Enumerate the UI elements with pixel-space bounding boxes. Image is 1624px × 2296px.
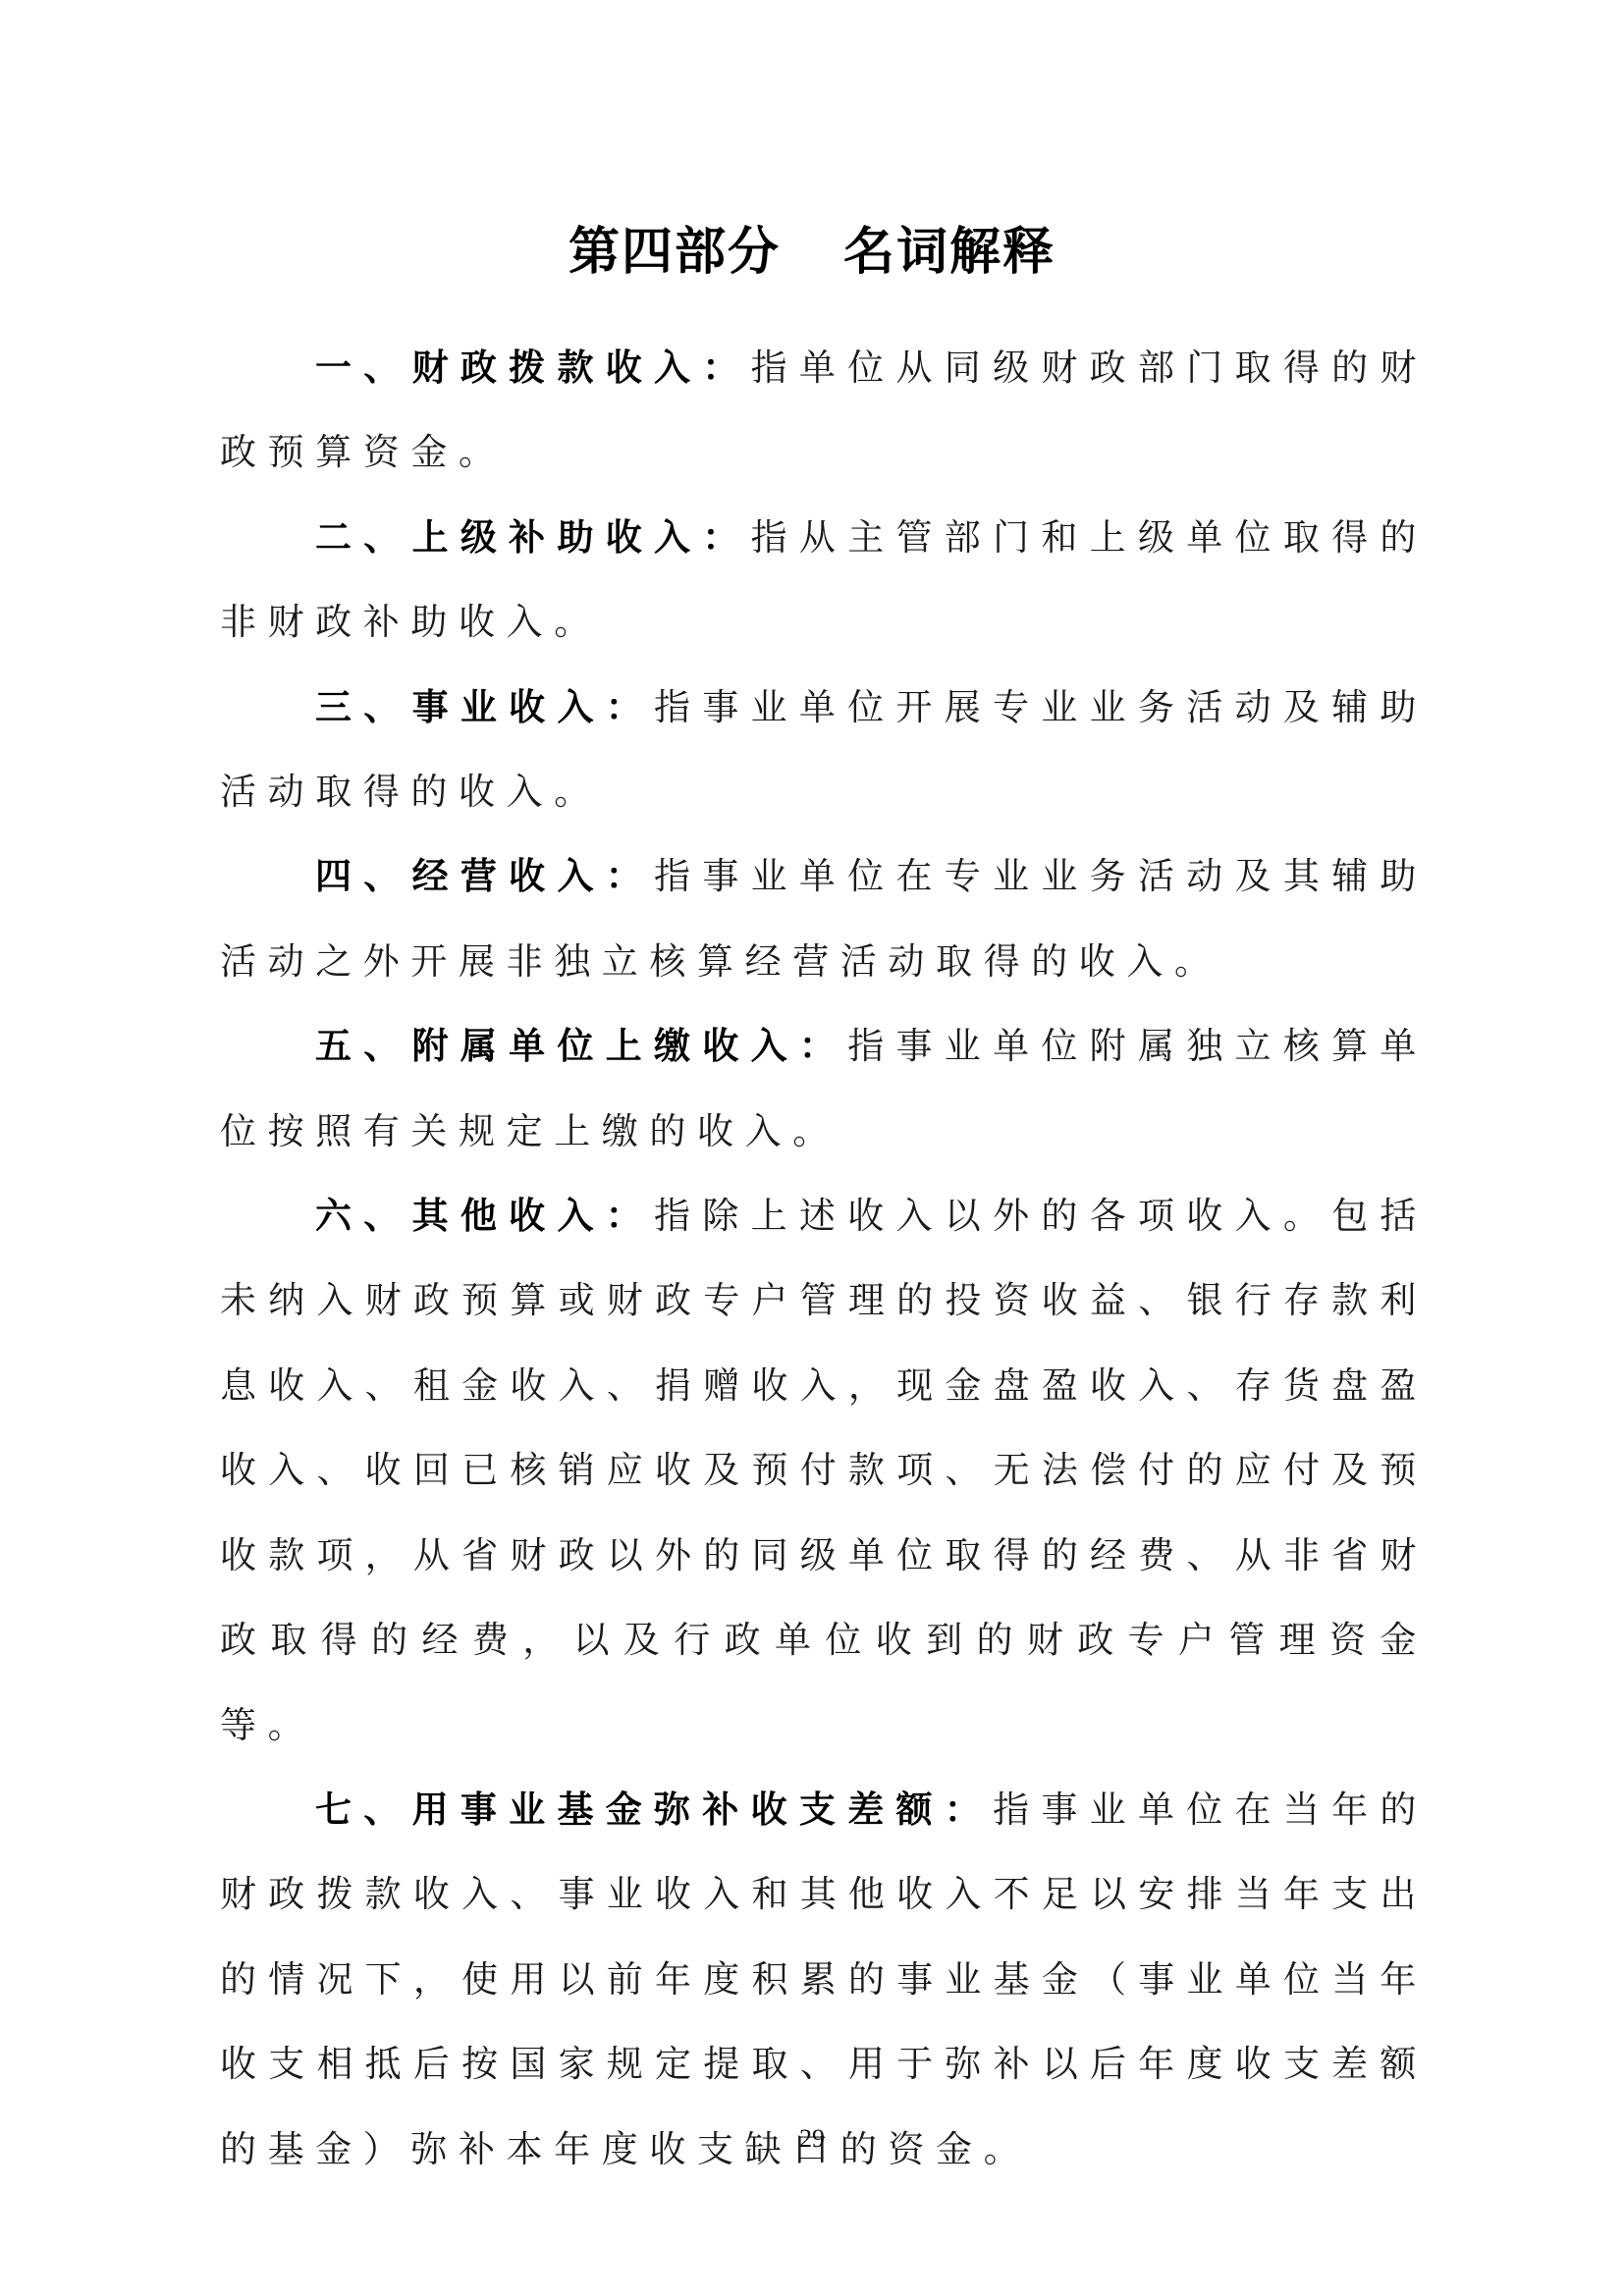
glossary-item-2: 二、上级补助收入：指从主管部门和上级单位取得的非财政补助收入。 xyxy=(220,496,1428,666)
title-heading: 名词解释 xyxy=(843,223,1056,282)
term-label: 五、附属单位上缴收入： xyxy=(315,1025,847,1067)
term-definition: 指除上述收入以外的各项收入。包括未纳入财政预算或财政专户管理的投资收益、银行存款… xyxy=(220,1195,1428,1745)
glossary-body: 一、财政拨款收入：指单位从同级财政部门取得的财政预算资金。 二、上级补助收入：指… xyxy=(220,326,1428,2192)
glossary-item-3: 三、事业收入：指事业单位开展专业业务活动及辅助活动取得的收入。 xyxy=(220,666,1428,835)
page-number: 29 xyxy=(0,2124,1624,2154)
term-definition: 指事业单位在当年的财政拨款收入、事业收入和其他收入不足以安排当年支出的情况下，使… xyxy=(220,1789,1428,2170)
term-label: 二、上级补助收入： xyxy=(315,516,751,559)
document-page: 第四部分名词解释 一、财政拨款收入：指单位从同级财政部门取得的财政预算资金。 二… xyxy=(0,0,1624,2296)
term-label: 六、其他收入： xyxy=(315,1195,654,1237)
title-part: 第四部分 xyxy=(568,223,781,282)
glossary-item-5: 五、附属单位上缴收入：指事业单位附属独立核算单位按照有关规定上缴的收入。 xyxy=(220,1004,1428,1174)
term-label: 七、用事业基金弥补收支差额： xyxy=(315,1789,993,1831)
term-label: 三、事业收入： xyxy=(315,686,654,728)
page-title: 第四部分名词解释 xyxy=(0,218,1624,287)
glossary-item-1: 一、财政拨款收入：指单位从同级财政部门取得的财政预算资金。 xyxy=(220,326,1428,496)
glossary-item-6: 六、其他收入：指除上述收入以外的各项收入。包括未纳入财政预算或财政专户管理的投资… xyxy=(220,1174,1428,1768)
term-label: 四、经营收入： xyxy=(315,855,654,897)
glossary-item-4: 四、经营收入：指事业单位在专业业务活动及其辅助活动之外开展非独立核算经营活动取得… xyxy=(220,834,1428,1004)
term-label: 一、财政拨款收入： xyxy=(315,347,751,389)
